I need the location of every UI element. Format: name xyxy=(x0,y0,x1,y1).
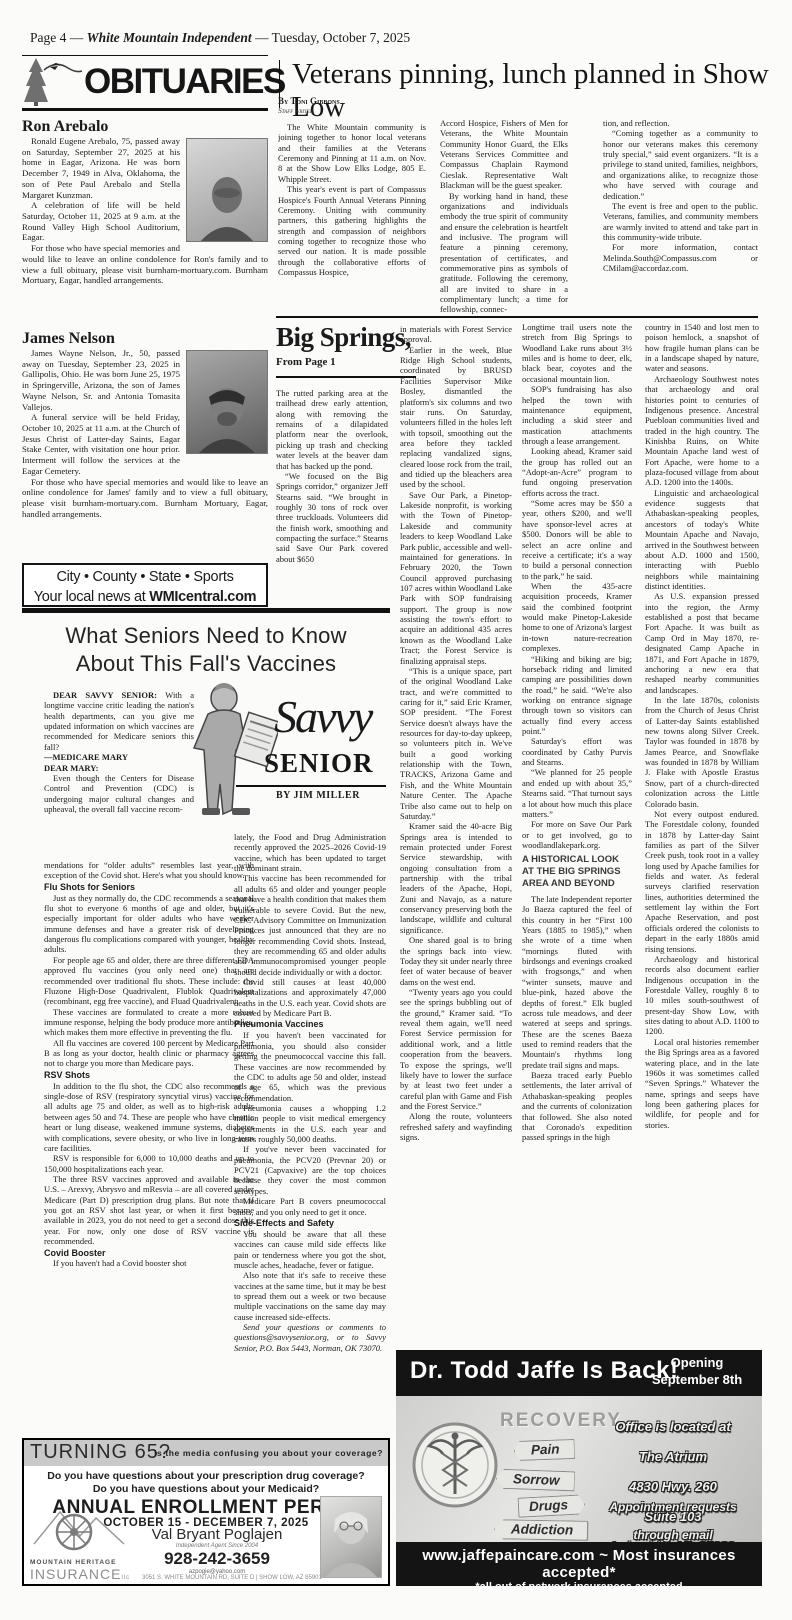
paragraph: RSV Shots xyxy=(44,1070,254,1081)
paragraph: A HISTORICAL LOOK AT THE BIG SPRINGS ARE… xyxy=(522,854,632,890)
sorrow-sign: Sorrow xyxy=(496,1469,575,1492)
paragraph: “We focused on the Big Springs corridor,… xyxy=(276,471,388,564)
paragraph: Longtime trail users note the stretch fr… xyxy=(522,322,632,384)
drugs-sign: Drugs xyxy=(518,1494,586,1517)
paragraph: This year's event is part of Compassus H… xyxy=(278,184,426,277)
paragraph: “Some acres may be $50 a year, others $2… xyxy=(522,498,632,581)
logo-line1: MOUNTAIN HERITAGE xyxy=(30,1559,138,1566)
veterans-byline-block: By Toni Gibbons Staff writer xyxy=(278,96,340,115)
paragraph: lately, the Food and Drug Administration… xyxy=(234,832,386,873)
paragraph: Appointment requests xyxy=(598,1500,748,1516)
savvy-byline: BY JIM MILLER xyxy=(276,790,360,801)
paragraph: By working hand in hand, these organizat… xyxy=(440,191,568,314)
james-nelson-photo xyxy=(186,350,268,454)
turning65-question1: Do you have questions about your prescri… xyxy=(24,1470,388,1482)
seniors-col2: lately, the Food and Drug Administration… xyxy=(234,832,386,1430)
obituary-name: James Nelson xyxy=(22,330,268,348)
agent-block: Val Bryant Poglajen Independent Agent Si… xyxy=(142,1526,292,1581)
paragraph: When the 435-acre acquisition proceeds, … xyxy=(522,581,632,654)
paragraph: Medicare Part B covers pneumococcal shot… xyxy=(234,1196,386,1217)
page-number: Page 4 — xyxy=(30,30,83,45)
paragraph: “Twenty years ago you could see the spri… xyxy=(400,987,512,1111)
logo-line2: INSURANCEllc xyxy=(30,1566,138,1582)
paragraph: As U.S. expansion pressed into the regio… xyxy=(645,591,759,695)
paragraph: “Hiking and biking are big; horseback ri… xyxy=(522,654,632,737)
paragraph: Along the route, volunteers refreshed sa… xyxy=(400,1111,512,1142)
jaffe-header-bar: Dr. Todd Jaffe Is Back! Opening Septembe… xyxy=(396,1350,762,1396)
turning65-question2: Do you have questions about your Medicai… xyxy=(24,1483,388,1495)
turning65-title: TURNING 65? xyxy=(30,1441,171,1464)
jaffe-opening-date: Opening September 8th xyxy=(642,1355,752,1389)
seniors-heading-line2: About This Fall's Vaccines xyxy=(22,650,390,678)
savvy-script-logo: Savvy xyxy=(274,690,371,743)
paragraph: Accord Hospice, Fishers of Men for Veter… xyxy=(440,118,568,191)
masthead-bottom-rule xyxy=(22,108,268,111)
paragraph: DEAR MARY: xyxy=(44,763,194,773)
obituaries-section-title: OBITUARIES xyxy=(84,62,285,102)
paragraph: Pneumonia Vaccines xyxy=(234,1019,386,1030)
paragraph: For more on Save Our Park or to get invo… xyxy=(522,819,632,850)
agent-address: 3051 S. WHITE MOUNTAIN RD, SUITE D | SHO… xyxy=(142,1575,292,1581)
big-springs-colB: in materials with Forest Service approva… xyxy=(400,324,512,1344)
paragraph: The rutted parking area at the trailhead… xyxy=(276,388,388,471)
big-springs-continuation: From Page 1 xyxy=(276,356,336,368)
paragraph: Pneumonia causes a whopping 1.2 million … xyxy=(234,1103,386,1144)
paragraph: Archaeology Southwest notes that archaeo… xyxy=(645,374,759,488)
seniors-col1-narrow: DEAR SAVVY SENIOR: With a longtime vacci… xyxy=(44,690,194,860)
paragraph: If you haven't had a Covid booster shot xyxy=(44,1258,254,1268)
paragraph: The Atrium xyxy=(598,1449,748,1466)
paragraph: “We planned for 25 people and ended up w… xyxy=(522,767,632,819)
obituaries-masthead: OBITUARIES xyxy=(22,58,268,108)
obituary-james-nelson: James Nelson James Wayne Nelson, Jr., 50… xyxy=(22,330,268,563)
paragraph: The three RSV vaccines approved and avai… xyxy=(44,1174,254,1247)
paragraph: in materials with Forest Service approva… xyxy=(400,324,512,345)
wmicentral-url: WMIcentral.com xyxy=(149,589,256,605)
paragraph: Even though the Centers for Disease Cont… xyxy=(44,773,194,814)
wmicentral-banner: City • County • State • Sports Your loca… xyxy=(22,563,268,607)
jaffe-headline: Dr. Todd Jaffe Is Back! xyxy=(410,1357,678,1385)
paragraph: Local oral histories remember the Big Sp… xyxy=(645,1037,759,1130)
paragraph: through email xyxy=(598,1528,748,1542)
turning65-header-bar: TURNING 65? Is the media confusing you a… xyxy=(24,1440,388,1466)
big-springs-colD: country in 1540 and lost men to poison h… xyxy=(645,322,759,1344)
obituary-name: Ron Arebalo xyxy=(22,118,268,136)
paragraph: Linguistic and archaeological evidence s… xyxy=(645,488,759,592)
addiction-sign: Addiction xyxy=(494,1519,589,1541)
senior-block-logo: SENIOR xyxy=(264,748,374,779)
paragraph: In addition to the flu shot, the CDC als… xyxy=(44,1081,254,1154)
seniors-box-top-rule xyxy=(22,608,390,613)
paragraph: For those who have special memories and … xyxy=(22,477,268,520)
paragraph: If you've never been vaccinated for pneu… xyxy=(234,1144,386,1196)
seniors-heading-line1: What Seniors Need to Know xyxy=(22,622,390,650)
paragraph: Save Our Park, a Pinetop-Lakeside nonpro… xyxy=(400,490,512,666)
veterans-headline: Veterans pinning, lunch planned in Show … xyxy=(292,58,772,124)
paragraph: In the late 1870s, colonists from the Ch… xyxy=(645,695,759,809)
paragraph: The late Independent reporter Jo Baeza c… xyxy=(522,894,632,1070)
paragraph: Covid Booster xyxy=(44,1248,254,1259)
paragraph: This vaccine has been recommended for al… xyxy=(234,873,386,977)
agent-name: Val Bryant Poglajen xyxy=(142,1526,292,1543)
mountain-heritage-logo: MOUNTAIN HERITAGE INSURANCEllc xyxy=(30,1500,138,1582)
paragraph: tion, and reflection. xyxy=(603,118,758,128)
obituary-ron-arebalo: Ron Arebalo Ronald Eugene Arebalo, 75, p… xyxy=(22,118,268,344)
paragraph: For those who have special memories and … xyxy=(22,243,268,286)
paragraph: One shared goal is to bring the springs … xyxy=(400,935,512,987)
paragraph: —MEDICARE MARY xyxy=(44,752,194,762)
paragraph: You should be aware that all these vacci… xyxy=(234,1229,386,1270)
newspaper-page: { "page_header": { "prefix": "Page 4 —",… xyxy=(0,0,792,1620)
paragraph: RSV is responsible for 6,000 to 10,000 d… xyxy=(44,1153,254,1174)
paragraph: Earlier in the week, Blue Ridge High Sch… xyxy=(400,345,512,490)
paragraph: Side-Effects and Safety xyxy=(234,1218,386,1229)
ron-arebalo-photo xyxy=(186,138,268,242)
paragraph: For people age 65 and older, there are t… xyxy=(44,955,254,1007)
veterans-col2: Accord Hospice, Fishers of Men for Veter… xyxy=(440,118,568,314)
newspaper-name: White Mountain Independent xyxy=(87,30,252,45)
paragraph: mendations for “older adults” resembles … xyxy=(44,860,254,881)
paragraph: The event is free and open to the public… xyxy=(603,201,758,242)
jaffe-footer-bar: www.jaffepaincare.com ~ Most insurances … xyxy=(396,1542,762,1586)
big-springs-headline: Big Springs, xyxy=(276,322,411,353)
seniors-col1-wide: mendations for “older adults” resembles … xyxy=(44,860,254,1425)
paragraph: Looking ahead, Kramer said the group has… xyxy=(522,446,632,498)
paragraph: Also note that it's safe to receive thes… xyxy=(234,1270,386,1322)
byline-role: Staff writer xyxy=(278,106,340,115)
seniors-heading: What Seniors Need to Know About This Fal… xyxy=(22,622,390,677)
paragraph: Kramer said the 40-acre Big Springs area… xyxy=(400,821,512,935)
jaffe-photo-area: RECOVERY Pain Sorrow Drugs Addiction Off… xyxy=(396,1396,762,1542)
paragraph: Archaeology and historical records also … xyxy=(645,954,759,1037)
pain-sign: Pain xyxy=(514,1439,575,1461)
agent-phone: 928-242-3659 xyxy=(142,1549,292,1569)
jaffe-footnote-line: *all out of network insurances accepted xyxy=(396,1581,762,1593)
logo-rule xyxy=(236,785,386,787)
paragraph: Flu Shots for Seniors xyxy=(44,882,254,893)
paragraph: All flu vaccines are covered 100 percent… xyxy=(44,1038,254,1069)
from-page-rule xyxy=(276,376,416,378)
paragraph: The White Mountain community is joining … xyxy=(278,122,426,184)
jaffe-website-line: www.jaffepaincare.com ~ Most insurances … xyxy=(396,1542,762,1581)
banner-line2: Your local news at WMIcentral.com xyxy=(24,588,266,608)
obituary-body: Ronald Eugene Arebalo, 75, passed away o… xyxy=(22,136,268,344)
paragraph: Saturday's effort was coordinated by Cat… xyxy=(522,736,632,767)
paragraph: Send your questions or comments to quest… xyxy=(234,1322,386,1353)
banner-line1: City • County • State • Sports xyxy=(24,568,266,588)
paragraph: SOP's fundraising has also helped the to… xyxy=(522,384,632,446)
appointment-text: Appointment requeststhrough emailinfo@ja… xyxy=(598,1488,748,1542)
paragraph: Covid still causes at least 40,000 hospi… xyxy=(234,977,386,1018)
paragraph: “This is a unique space, part of the ori… xyxy=(400,666,512,821)
paragraph: “Coming together as a community to honor… xyxy=(603,128,758,201)
page-date: — Tuesday, October 7, 2025 xyxy=(255,30,410,45)
paragraph: Just as they normally do, the CDC recomm… xyxy=(44,893,254,955)
paragraph: Not every outpost endured. The Forestdal… xyxy=(645,809,759,954)
turning65-tagline: Is the media confusing you about your co… xyxy=(154,1448,383,1458)
agent-photo xyxy=(320,1496,382,1578)
seniors-col1: DEAR SAVVY SENIOR: With a longtime vacci… xyxy=(44,690,256,1425)
page-header: Page 4 — White Mountain Independent — Tu… xyxy=(30,30,410,46)
big-springs-colC: Longtime trail users note the stretch fr… xyxy=(522,322,632,1344)
veterans-col1: The White Mountain community is joining … xyxy=(278,122,426,314)
byline: By Toni Gibbons xyxy=(278,96,340,106)
paragraph: Baeza traced early Pueblo settlements, t… xyxy=(522,1070,632,1143)
paragraph: country in 1540 and lost men to poison h… xyxy=(645,322,759,374)
wagon-wheel-mountains-icon xyxy=(30,1500,138,1554)
paragraph: DEAR SAVVY SENIOR: With a longtime vacci… xyxy=(44,690,194,752)
big-springs-colA: The rutted parking area at the trailhead… xyxy=(276,388,388,602)
jaffe-ad: Dr. Todd Jaffe Is Back! Opening Septembe… xyxy=(396,1350,762,1586)
paragraph: Office is located at xyxy=(598,1419,748,1436)
paragraph: For more information, contact Melinda.So… xyxy=(603,242,758,273)
veterans-bottom-rule xyxy=(276,316,758,318)
paragraph: These vaccines are formulated to create … xyxy=(44,1007,254,1038)
veterans-col3: tion, and reflection.“Coming together as… xyxy=(603,118,758,314)
turning65-ad: TURNING 65? Is the media confusing you a… xyxy=(22,1438,390,1586)
paragraph: If you haven't been vaccinated for pneum… xyxy=(234,1030,386,1103)
obituary-body: James Wayne Nelson, Jr., 50, passed away… xyxy=(22,348,268,563)
